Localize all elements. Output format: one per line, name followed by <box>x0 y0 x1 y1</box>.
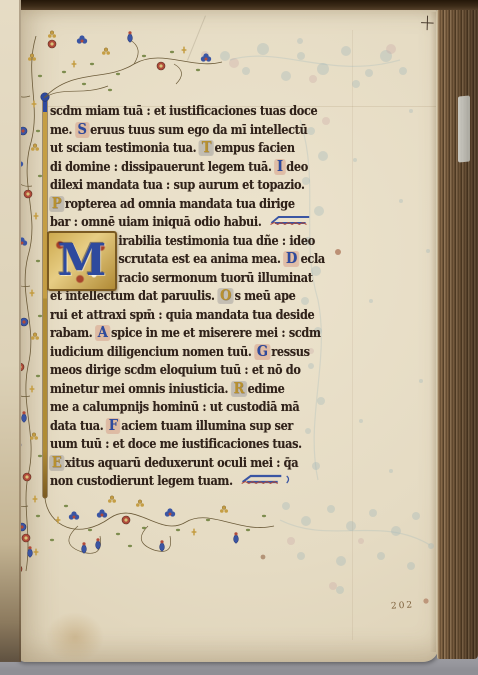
manuscript-line: ut sciam testimonia tua.Tempus facien <box>50 140 298 159</box>
line-text: iudicium diligencium nomen tuū. <box>50 344 251 359</box>
versal-initial: P <box>50 197 63 211</box>
line-text: uum tuū : et doce me iustificaciones tua… <box>50 436 302 451</box>
line-text: rui et attraxi spm̄ : quia mandata tua d… <box>50 307 314 322</box>
line-text: edime <box>248 381 285 396</box>
manuscript-line: meos dirige scdm eloquium tuū : et nō do <box>50 362 298 381</box>
line-text: data tua. <box>50 418 103 433</box>
line-text: rabam. <box>50 325 92 340</box>
line-text: spice in me et miserere mei : scdm <box>111 325 320 340</box>
line-text: eruus tuus sum ego da mī intellectū <box>90 122 307 137</box>
table-surface <box>0 661 478 675</box>
line-text: scrutata est ea anima mea. <box>118 251 280 266</box>
line-text: minetur mei omnis iniusticia. <box>50 381 228 396</box>
versal-initial: E <box>50 456 63 470</box>
text-border-bar <box>43 99 47 498</box>
line-text: empus facien <box>215 140 295 155</box>
book-cover-top-edge <box>15 0 478 10</box>
line-text: ressus <box>271 344 309 359</box>
line-text: bar : omnē uiam iniquā odio habui. <box>50 214 261 229</box>
manuscript-line: uum tuū : et doce me iustificaciones tua… <box>50 436 298 455</box>
line-text: ut sciam testimonia tua. <box>50 140 196 155</box>
illuminated-initial-m: M <box>47 231 117 291</box>
manuscript-line: non custodierunt legem tuam. <box>50 473 298 492</box>
line-text: ropterea ad omnia mandata tua dirige <box>65 196 295 211</box>
line-text: meos dirige scdm eloquium tuū : et nō do <box>50 362 301 377</box>
line-text: me. <box>50 122 72 137</box>
line-text: s meū ape <box>235 288 296 303</box>
page-curvature-shading <box>430 12 436 652</box>
manuscript-photo: M scdm miam tuā : et iustificaciones tua… <box>0 0 478 675</box>
line-text: xitus aquarū deduxerunt oculi mei : q̄a <box>65 455 298 470</box>
manuscript-line: scdm miam tuā : et iustificaciones tuas … <box>50 103 298 122</box>
manuscript-line: data tua.Faciem tuam illumina sup ser <box>50 418 298 437</box>
manuscript-line: Exitus aquarū deduxerunt oculi mei : q̄a <box>50 455 298 474</box>
line-text: non custodierunt legem tuam. <box>50 473 233 488</box>
manuscript-line: me.Seruus tuus sum ego da mī intellectū <box>50 122 298 141</box>
versal-initial: F <box>107 419 120 433</box>
folio-number: 202 <box>391 600 415 611</box>
manuscript-line: di domine : dissipauerunt legem tuā.Ideo <box>50 159 298 178</box>
line-text: me a calumpnijs hominū : ut custodiā mā <box>50 399 299 414</box>
line-text: deo <box>286 159 308 174</box>
manuscript-line: rabam.Aspice in me et miserere mei : scd… <box>50 325 298 344</box>
illuminated-initial-letter: M <box>58 239 107 283</box>
line-text: dilexi mandata tua : sup aurum et topazi… <box>50 177 305 192</box>
manuscript-line: bar : omnē uiam iniquā odio habui. <box>50 214 298 233</box>
manuscript-line: minetur mei omnis iniusticia.Redime <box>50 381 298 400</box>
line-filler-icon <box>269 215 316 226</box>
versal-initial: T <box>200 141 213 155</box>
manuscript-line: rui et attraxi spm̄ : quia mandata tua d… <box>50 307 298 326</box>
ruling-line-vertical <box>352 30 353 640</box>
line-text: irabilia testimonia tua dñe : ideo <box>118 233 314 248</box>
line-text: ecla <box>301 251 325 266</box>
line-text: aciem tuam illumina sup ser <box>121 418 293 433</box>
line-text: racio sermonum tuorū illuminat <box>118 270 312 285</box>
manuscript-line: iudicium diligencium nomen tuū.Gressus <box>50 344 298 363</box>
parchment-stain <box>46 612 104 662</box>
versal-initial: A <box>96 326 109 340</box>
bookmark-ribbon <box>458 95 470 162</box>
manuscript-line: me a calumpnijs hominū : ut custodiā mā <box>50 399 298 418</box>
gutter-page-edges <box>0 0 21 662</box>
versal-initial: R <box>232 382 246 396</box>
versal-initial: S <box>76 123 89 137</box>
versal-initial: O <box>218 289 233 303</box>
versal-initial: G <box>255 345 269 359</box>
collation-mark: + <box>419 8 437 36</box>
manuscript-line: dilexi mandata tua : sup aurum et topazi… <box>50 177 298 196</box>
line-filler-icon <box>240 473 292 485</box>
manuscript-line: Propterea ad omnia mandata tua dirige <box>50 196 298 215</box>
line-text: scdm miam tuā : et iustificaciones tuas … <box>50 103 317 118</box>
line-text: di domine : dissipauerunt legem tuā. <box>50 159 272 174</box>
versal-initial: I <box>275 160 284 174</box>
text-block: M scdm miam tuā : et iustificaciones tua… <box>50 103 326 492</box>
versal-initial: D <box>284 252 299 266</box>
